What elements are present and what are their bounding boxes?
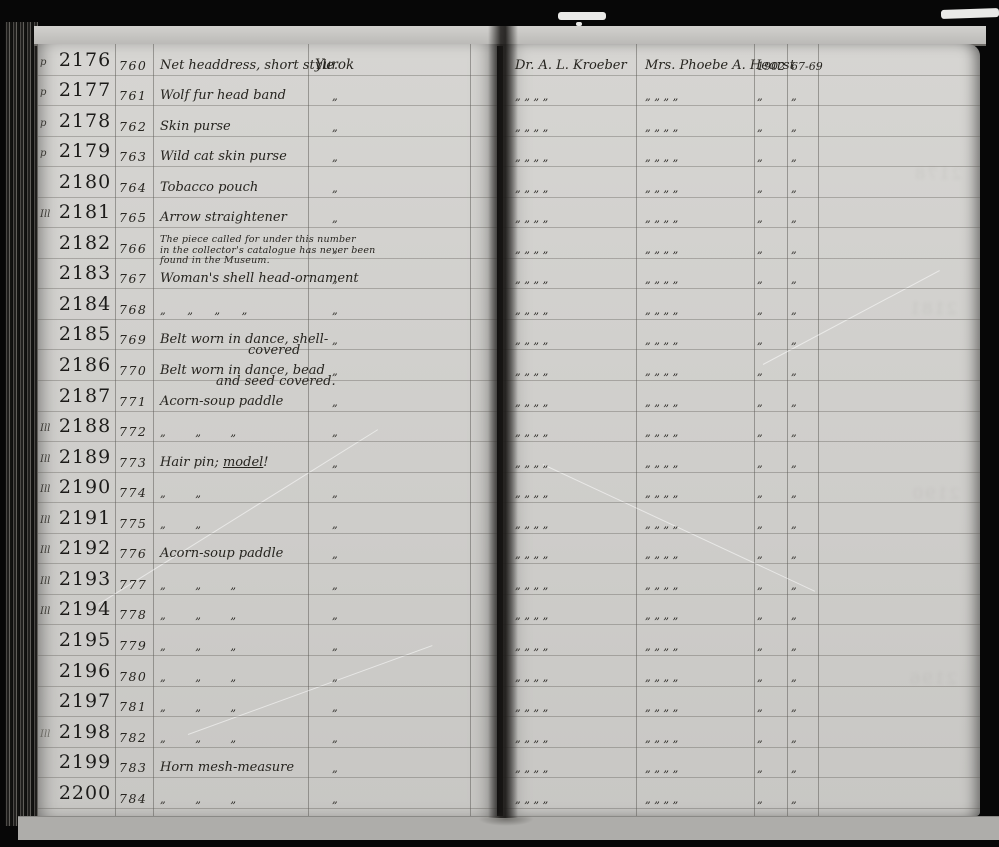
ledger-row: „ „ „ „„ „ „ „„„ bbox=[503, 105, 980, 137]
collector-number: 773 bbox=[119, 455, 147, 470]
accession-number: „ bbox=[791, 121, 797, 134]
donor: „ „ „ „ bbox=[645, 243, 678, 256]
ledger-row: „ „ „ „„ „ „ „„„ bbox=[503, 411, 980, 443]
ledger-row: „ „ „ „„ „ „ „„„ bbox=[503, 197, 980, 229]
ledger-row: Ill2181765Arrow straightener„ bbox=[38, 197, 497, 229]
ledger-row: 2180764Tobacco pouch„ bbox=[38, 166, 497, 198]
collector-number: 771 bbox=[119, 394, 147, 409]
collector: „ „ „ „ bbox=[515, 762, 548, 775]
ledger-row: „ „ „ „„ „ „ „„„ bbox=[503, 350, 980, 382]
accession-number: „ bbox=[791, 671, 797, 684]
year: „ bbox=[757, 396, 763, 409]
collector: „ „ „ „ bbox=[515, 273, 548, 286]
year: „ bbox=[757, 273, 763, 286]
tribe: „ bbox=[315, 90, 338, 103]
donor: „ „ „ „ bbox=[645, 579, 678, 592]
description: Belt worn in dance, beadand seed covered… bbox=[160, 363, 325, 378]
collector-number: 767 bbox=[119, 271, 147, 286]
ledger-row: Ill2192776Acorn-soup paddle„ bbox=[38, 533, 497, 565]
description: Belt worn in dance, shell-covered bbox=[160, 332, 328, 347]
ledger-row: 2187771Acorn-soup paddle„ bbox=[38, 380, 497, 412]
donor: „ „ „ „ bbox=[645, 334, 678, 347]
margin-mark: Ill bbox=[40, 484, 50, 495]
tribe: „ bbox=[315, 640, 338, 653]
donor: „ „ „ „ bbox=[645, 640, 678, 653]
tribe: „ bbox=[315, 457, 338, 470]
museum-number: 2199 bbox=[54, 751, 116, 773]
ledger-row: 2182766The piece called for under this n… bbox=[38, 227, 497, 259]
accession-number: „ bbox=[791, 487, 797, 500]
year: „ bbox=[757, 304, 763, 317]
tribe: „ bbox=[315, 609, 338, 622]
ledger-row: „ „ „ „„ „ „ „„„ bbox=[503, 716, 980, 748]
tribe: „ bbox=[315, 334, 338, 347]
collector-number: 762 bbox=[119, 119, 147, 134]
museum-number: 2179 bbox=[54, 140, 116, 162]
collector-number: 760 bbox=[119, 58, 147, 73]
museum-number: 2188 bbox=[54, 415, 116, 437]
ledger-row: „ „ „ „„ „ „ „„„ bbox=[503, 472, 980, 504]
ledger-row: „ „ „ „„ „ „ „„„ bbox=[503, 258, 980, 290]
collector-number: 768 bbox=[119, 302, 147, 317]
year: „ bbox=[757, 121, 763, 134]
year: „ bbox=[757, 243, 763, 256]
collector: „ „ „ „ bbox=[515, 121, 548, 134]
year: „ bbox=[757, 762, 763, 775]
donor: „ „ „ „ bbox=[645, 793, 678, 806]
year: „ bbox=[757, 182, 763, 195]
tribe: „ bbox=[315, 701, 338, 714]
donor: „ „ „ „ bbox=[645, 518, 678, 531]
ledger-row: Ill2198782„ „ „„ bbox=[38, 716, 497, 748]
collector-number: 782 bbox=[119, 730, 147, 745]
collector: „ „ „ „ bbox=[515, 457, 548, 470]
year: „ bbox=[757, 212, 763, 225]
ledger-row: p2177761Wolf fur head band„ bbox=[38, 75, 497, 107]
ledger-row: 2184768„ „ „ „„ bbox=[38, 288, 497, 320]
description: Arrow straightener bbox=[160, 210, 287, 225]
year: „ bbox=[757, 732, 763, 745]
collector-number: 770 bbox=[119, 363, 147, 378]
tribe: „ bbox=[315, 426, 338, 439]
ledger-row: p2178762Skin purse„ bbox=[38, 105, 497, 137]
accession-number: „ bbox=[791, 334, 797, 347]
collector-number: 775 bbox=[119, 516, 147, 531]
ledger-row: 2185769Belt worn in dance, shell-covered… bbox=[38, 319, 497, 351]
collector: „ „ „ „ bbox=[515, 426, 548, 439]
museum-number: 2196 bbox=[54, 660, 116, 682]
ledger-row: Dr. A. L. KroeberMrs. Phoebe A. Hearst19… bbox=[503, 44, 980, 76]
collector-number: 774 bbox=[119, 485, 147, 500]
tribe: „ bbox=[315, 151, 338, 164]
ledger-right-page: 2178 2181 2190 2196 Dr. A. L. KroeberMrs… bbox=[503, 44, 980, 816]
museum-number: 2197 bbox=[54, 690, 116, 712]
photo-speck bbox=[941, 8, 999, 19]
tribe: „ bbox=[315, 182, 338, 195]
donor: „ „ „ „ bbox=[645, 365, 678, 378]
tribe: „ bbox=[315, 396, 338, 409]
ledger-row: „ „ „ „„ „ „ „„„ bbox=[503, 594, 980, 626]
photo-speck bbox=[576, 22, 582, 26]
year: „ bbox=[757, 90, 763, 103]
museum-number: 2184 bbox=[54, 293, 116, 315]
description: „ „ „ bbox=[160, 579, 236, 592]
ledger-row: Ill2190774„ „„ bbox=[38, 472, 497, 504]
tribe: „ bbox=[315, 671, 338, 684]
collector-number: 778 bbox=[119, 607, 147, 622]
collector: „ „ „ „ bbox=[515, 548, 548, 561]
description: Acorn-soup paddle bbox=[160, 394, 283, 409]
museum-number: 2191 bbox=[54, 507, 116, 529]
donor: „ „ „ „ bbox=[645, 548, 678, 561]
ledger-row: „ „ „ „„ „ „ „„„ bbox=[503, 319, 980, 351]
description: Acorn-soup paddle bbox=[160, 546, 283, 561]
collector: „ „ „ „ bbox=[515, 182, 548, 195]
tribe: „ bbox=[315, 579, 338, 592]
collector: „ „ „ „ bbox=[515, 243, 548, 256]
museum-number: 2190 bbox=[54, 476, 116, 498]
year: „ bbox=[757, 793, 763, 806]
ledger-row: p2179763Wild cat skin purse„ bbox=[38, 136, 497, 168]
ledger-row: „ „ „ „„ „ „ „„„ bbox=[503, 166, 980, 198]
ledger-row: 2183767Woman's shell head-ornament„ bbox=[38, 258, 497, 290]
description: „ „ „ bbox=[160, 640, 236, 653]
year: „ bbox=[757, 548, 763, 561]
description: „ „ bbox=[160, 487, 201, 500]
photo-speck bbox=[558, 12, 606, 20]
accession-number: „ bbox=[791, 457, 797, 470]
year: „ bbox=[757, 334, 763, 347]
accession-number: „ bbox=[791, 151, 797, 164]
description: „ „ „ bbox=[160, 793, 236, 806]
ledger-row: „ „ „ „„ „ „ „„„ bbox=[503, 502, 980, 534]
year: „ bbox=[757, 151, 763, 164]
year: „ bbox=[757, 518, 763, 531]
donor: „ „ „ „ bbox=[645, 151, 678, 164]
ledger-row: Ill2189773Hair pin; model!„ bbox=[38, 441, 497, 473]
description: „ „ bbox=[160, 518, 201, 531]
collector: „ „ „ „ bbox=[515, 671, 548, 684]
year: „ bbox=[757, 365, 763, 378]
ledger-row: 2197781„ „ „„ bbox=[38, 686, 497, 718]
museum-number: 2195 bbox=[54, 629, 116, 651]
margin-mark: Ill bbox=[40, 209, 50, 220]
tribe: „ bbox=[315, 793, 338, 806]
museum-number: 2193 bbox=[54, 568, 116, 590]
donor: „ „ „ „ bbox=[645, 487, 678, 500]
collector: „ „ „ „ bbox=[515, 487, 548, 500]
margin-mark: Ill bbox=[40, 423, 50, 434]
donor: „ „ „ „ bbox=[645, 212, 678, 225]
year: „ bbox=[757, 701, 763, 714]
donor: „ „ „ „ bbox=[645, 701, 678, 714]
description: Horn mesh-measure bbox=[160, 760, 294, 775]
museum-number: 2183 bbox=[54, 262, 116, 284]
accession-number: „ bbox=[791, 90, 797, 103]
ledger-row: „ „ „ „„ „ „ „„„ bbox=[503, 747, 980, 779]
collector: „ „ „ „ bbox=[515, 396, 548, 409]
tribe: „ bbox=[315, 365, 338, 378]
donor: „ „ „ „ bbox=[645, 732, 678, 745]
donor: „ „ „ „ bbox=[645, 609, 678, 622]
collector-number: 783 bbox=[119, 760, 147, 775]
ledger-left-page: p2176760Net headdress, short style.Yurok… bbox=[38, 44, 497, 816]
description: Tobacco pouch bbox=[160, 180, 258, 195]
accession-number: 67-69 bbox=[791, 60, 823, 73]
ledger-row: „ „ „ „„ „ „ „„„ bbox=[503, 624, 980, 656]
collector: Dr. A. L. Kroeber bbox=[515, 58, 627, 73]
ledger-row: 2195779„ „ „„ bbox=[38, 624, 497, 656]
description: „ „ „ bbox=[160, 426, 236, 439]
accession-number: „ bbox=[791, 304, 797, 317]
collector: „ „ „ „ bbox=[515, 518, 548, 531]
margin-mark: Ill bbox=[40, 576, 50, 587]
tribe: „ bbox=[315, 212, 338, 225]
donor: „ „ „ „ bbox=[645, 121, 678, 134]
accession-number: „ bbox=[791, 426, 797, 439]
margin-mark: p bbox=[40, 118, 46, 129]
donor: „ „ „ „ bbox=[645, 457, 678, 470]
ledger-row: 2199783Horn mesh-measure„ bbox=[38, 747, 497, 779]
accession-number: „ bbox=[791, 396, 797, 409]
ledger-row: Ill2188772„ „ „„ bbox=[38, 411, 497, 443]
collector: „ „ „ „ bbox=[515, 334, 548, 347]
donor: „ „ „ „ bbox=[645, 273, 678, 286]
tribe: „ bbox=[315, 304, 338, 317]
accession-number: „ bbox=[791, 762, 797, 775]
collector: „ „ „ „ bbox=[515, 304, 548, 317]
book-gutter-shadow bbox=[488, 26, 518, 818]
accession-number: „ bbox=[791, 365, 797, 378]
year: „ bbox=[757, 457, 763, 470]
museum-number: 2200 bbox=[54, 782, 116, 804]
description: „ „ „ bbox=[160, 732, 236, 745]
ledger-row: Ill2194778„ „ „„ bbox=[38, 594, 497, 626]
collector: „ „ „ „ bbox=[515, 793, 548, 806]
ledger-row: „ „ „ „„ „ „ „„„ bbox=[503, 75, 980, 107]
tribe: „ bbox=[315, 273, 338, 286]
tribe: „ bbox=[315, 487, 338, 500]
collector: „ „ „ „ bbox=[515, 212, 548, 225]
donor: „ „ „ „ bbox=[645, 396, 678, 409]
ledger-row: „ „ „ „„ „ „ „„„ bbox=[503, 686, 980, 718]
museum-number: 2185 bbox=[54, 323, 116, 345]
museum-number: 2181 bbox=[54, 201, 116, 223]
collector: „ „ „ „ bbox=[515, 609, 548, 622]
donor: „ „ „ „ bbox=[645, 304, 678, 317]
collector: „ „ „ „ bbox=[515, 90, 548, 103]
donor: „ „ „ „ bbox=[645, 426, 678, 439]
tribe: Yurok bbox=[315, 57, 354, 73]
ledger-row: „ „ „ „„ „ „ „„„ bbox=[503, 380, 980, 412]
collector-number: 772 bbox=[119, 424, 147, 439]
collector-number: 780 bbox=[119, 669, 147, 684]
collector: „ „ „ „ bbox=[515, 701, 548, 714]
margin-mark: Ill bbox=[40, 545, 50, 556]
description: „ „ „ bbox=[160, 671, 236, 684]
year: „ bbox=[757, 487, 763, 500]
year: „ bbox=[757, 426, 763, 439]
tribe: „ bbox=[315, 762, 338, 775]
accession-number: „ bbox=[791, 518, 797, 531]
margin-mark: Ill bbox=[40, 515, 50, 526]
book-spine bbox=[5, 22, 38, 826]
accession-number: „ bbox=[791, 732, 797, 745]
tribe: „ bbox=[315, 243, 338, 256]
ledger-photo: p2176760Net headdress, short style.Yurok… bbox=[0, 0, 999, 847]
description: „ „ „ „ bbox=[160, 304, 247, 317]
museum-number: 2178 bbox=[54, 110, 116, 132]
collector-number: 764 bbox=[119, 180, 147, 195]
museum-number: 2189 bbox=[54, 446, 116, 468]
ledger-row: 2196780„ „ „„ bbox=[38, 655, 497, 687]
ledger-row: „ „ „ „„ „ „ „„„ bbox=[503, 533, 980, 565]
donor: „ „ „ „ bbox=[645, 671, 678, 684]
accession-number: „ bbox=[791, 701, 797, 714]
accession-number: „ bbox=[791, 212, 797, 225]
accession-number: „ bbox=[791, 182, 797, 195]
ledger-row: Ill2191775„ „„ bbox=[38, 502, 497, 534]
accession-number: „ bbox=[791, 609, 797, 622]
description: „ „ „ bbox=[160, 701, 236, 714]
collector-number: 769 bbox=[119, 332, 147, 347]
collector-number: 776 bbox=[119, 546, 147, 561]
ledger-row: „ „ „ „„ „ „ „„„ bbox=[503, 288, 980, 320]
margin-mark: Ill bbox=[40, 454, 50, 465]
donor: „ „ „ „ bbox=[645, 90, 678, 103]
accession-number: „ bbox=[791, 793, 797, 806]
museum-number: 2194 bbox=[54, 598, 116, 620]
description: Wild cat skin purse bbox=[160, 149, 287, 164]
margin-mark: Ill bbox=[40, 606, 50, 617]
description: Hair pin; model! bbox=[160, 455, 269, 470]
museum-number: 2176 bbox=[54, 49, 116, 71]
museum-number: 2198 bbox=[54, 721, 116, 743]
year: „ bbox=[757, 671, 763, 684]
description: Skin purse bbox=[160, 119, 231, 134]
accession-number: „ bbox=[791, 243, 797, 256]
margin-mark: p bbox=[40, 57, 46, 68]
description: Wolf fur head band bbox=[160, 88, 286, 103]
year: „ bbox=[757, 609, 763, 622]
description: Net headdress, short style. bbox=[160, 58, 338, 73]
margin-mark: p bbox=[40, 148, 46, 159]
collector-number: 781 bbox=[119, 699, 147, 714]
tribe: „ bbox=[315, 518, 338, 531]
museum-number: 2182 bbox=[54, 232, 116, 254]
collector-number: 779 bbox=[119, 638, 147, 653]
accession-number: „ bbox=[791, 640, 797, 653]
year: 1902 bbox=[757, 60, 785, 73]
year: „ bbox=[757, 640, 763, 653]
ledger-row: „ „ „ „„ „ „ „„„ bbox=[503, 227, 980, 259]
tribe: „ bbox=[315, 121, 338, 134]
collector-number: 763 bbox=[119, 149, 147, 164]
margin-mark: p bbox=[40, 87, 46, 98]
ledger-row: 2186770Belt worn in dance, beadand seed … bbox=[38, 350, 497, 382]
museum-number: 2180 bbox=[54, 171, 116, 193]
donor: „ „ „ „ bbox=[645, 762, 678, 775]
ledger-row: „ „ „ „„ „ „ „„„ bbox=[503, 655, 980, 687]
tribe: „ bbox=[315, 548, 338, 561]
ledger-row: „ „ „ „„ „ „ „„„ bbox=[503, 777, 980, 809]
accession-number: „ bbox=[791, 548, 797, 561]
accession-number: „ bbox=[791, 273, 797, 286]
collector-number: 777 bbox=[119, 577, 147, 592]
margin-mark: Ill bbox=[40, 729, 50, 740]
ledger-row: „ „ „ „„ „ „ „„„ bbox=[503, 441, 980, 473]
collector-number: 766 bbox=[119, 241, 147, 256]
museum-number: 2186 bbox=[54, 354, 116, 376]
ledger-row: „ „ „ „„ „ „ „„„ bbox=[503, 136, 980, 168]
museum-number: 2177 bbox=[54, 79, 116, 101]
collector-number: 765 bbox=[119, 210, 147, 225]
description: „ „ „ bbox=[160, 609, 236, 622]
ledger-row: 2200784„ „ „„ bbox=[38, 777, 497, 809]
museum-number: 2187 bbox=[54, 385, 116, 407]
collector-number: 784 bbox=[119, 791, 147, 806]
donor: „ „ „ „ bbox=[645, 182, 678, 195]
year: „ bbox=[757, 579, 763, 592]
collector: „ „ „ „ bbox=[515, 365, 548, 378]
collector-number: 761 bbox=[119, 88, 147, 103]
accession-number: „ bbox=[791, 579, 797, 592]
collector: „ „ „ „ bbox=[515, 732, 548, 745]
museum-number: 2192 bbox=[54, 537, 116, 559]
ledger-row: p2176760Net headdress, short style.Yurok bbox=[38, 44, 497, 76]
ledger-row: Ill2193777„ „ „„ bbox=[38, 563, 497, 595]
collector: „ „ „ „ bbox=[515, 579, 548, 592]
collector: „ „ „ „ bbox=[515, 640, 548, 653]
tribe: „ bbox=[315, 732, 338, 745]
collector: „ „ „ „ bbox=[515, 151, 548, 164]
ledger-row: „ „ „ „„ „ „ „„„ bbox=[503, 563, 980, 595]
